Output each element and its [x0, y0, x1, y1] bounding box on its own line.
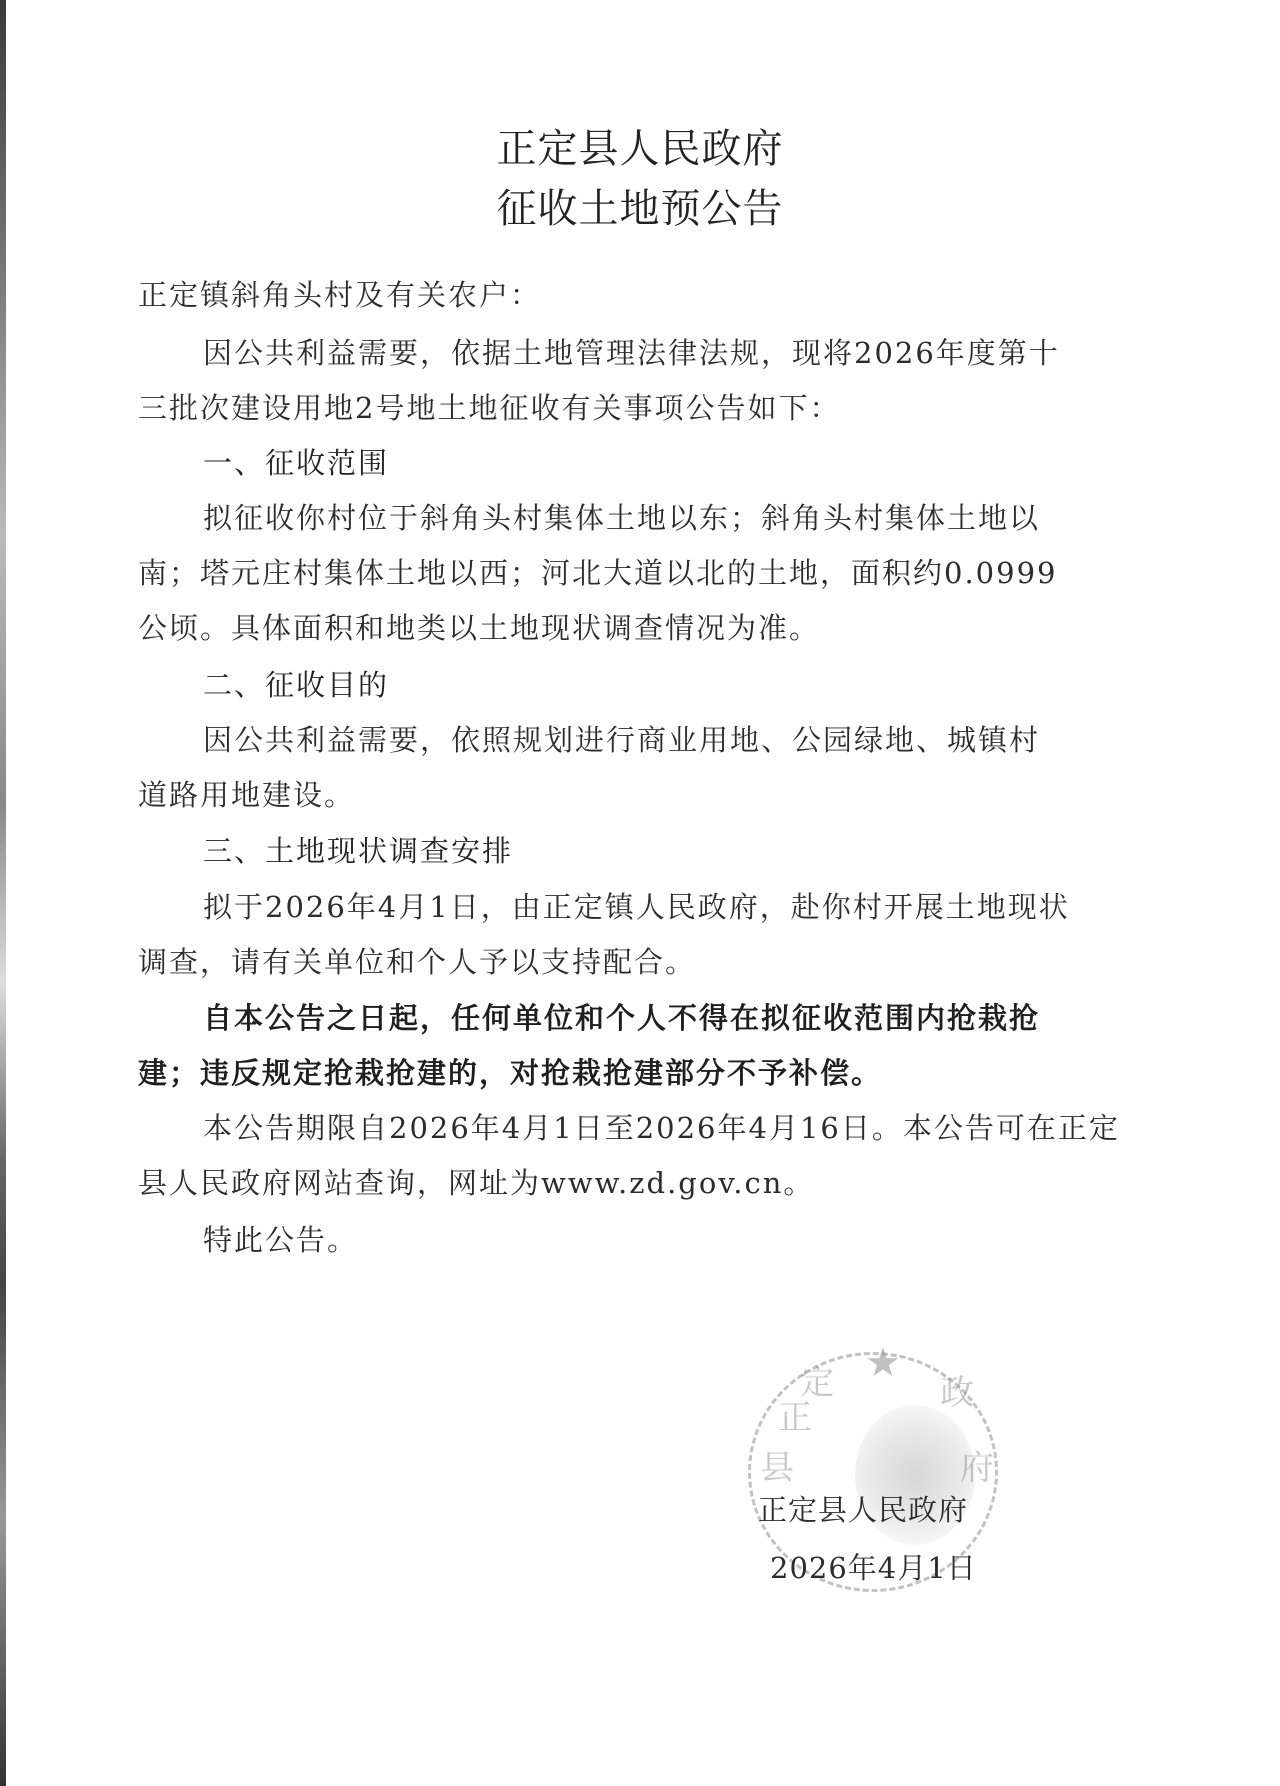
section-heading-survey: 三、土地现状调查安排	[203, 831, 513, 871]
survey-line-2: 调查，请有关单位和个人予以支持配合。	[138, 942, 696, 982]
warning-line-1: 自本公告之日起，任何单位和个人不得在拟征收范围内抢栽抢	[203, 998, 1040, 1038]
period-line-2: 县人民政府网站查询，网址为www.zd.gov.cn。	[138, 1163, 814, 1203]
issuer-name: 正定县人民政府	[758, 1488, 968, 1529]
seal-char: 县	[760, 1440, 794, 1489]
survey-line-1: 拟于2026年4月1日，由正定镇人民政府，赴你村开展土地现状	[203, 887, 1070, 927]
intro-line-1: 因公共利益需要，依据土地管理法律法规，现将2026年度第十	[203, 333, 1060, 373]
seal-char: 政	[940, 1365, 974, 1414]
addressee: 正定镇斜角头村及有关农户：	[138, 275, 541, 315]
closing-text: 特此公告。	[203, 1220, 358, 1260]
document-title-line1: 正定县人民政府	[0, 117, 1280, 174]
period-line-1: 本公告期限自2026年4月1日至2026年4月16日。本公告可在正定	[203, 1108, 1120, 1148]
seal-star-icon: ★	[865, 1340, 901, 1386]
scope-line-1: 拟征收你村位于斜角头村集体土地以东；斜角头村集体土地以	[203, 498, 1040, 538]
purpose-line-1: 因公共利益需要，依照规划进行商业用地、公园绿地、城镇村	[203, 720, 1040, 760]
document-title-line2: 征收土地预公告	[0, 177, 1280, 234]
section-heading-purpose: 二、征收目的	[203, 665, 389, 705]
seal-char: 府	[960, 1440, 994, 1489]
scope-line-2: 南；塔元庄村集体土地以西；河北大道以北的土地，面积约0.0999	[138, 553, 1057, 593]
issue-date: 2026年4月1日	[770, 1546, 977, 1587]
seal-char: 定	[800, 1355, 834, 1404]
purpose-line-2: 道路用地建设。	[138, 775, 355, 815]
section-heading-scope: 一、征收范围	[203, 443, 389, 483]
warning-line-2: 建；违反规定抢栽抢建的，对抢栽抢建部分不予补偿。	[138, 1053, 882, 1093]
scope-line-3: 公顷。具体面积和地类以土地现状调查情况为准。	[138, 608, 820, 648]
notice-page: 正定县人民政府 征收土地预公告 正定镇斜角头村及有关农户： 因公共利益需要，依据…	[0, 0, 1280, 1786]
intro-line-2: 三批次建设用地2号地土地征收有关事项公告如下：	[138, 388, 840, 428]
